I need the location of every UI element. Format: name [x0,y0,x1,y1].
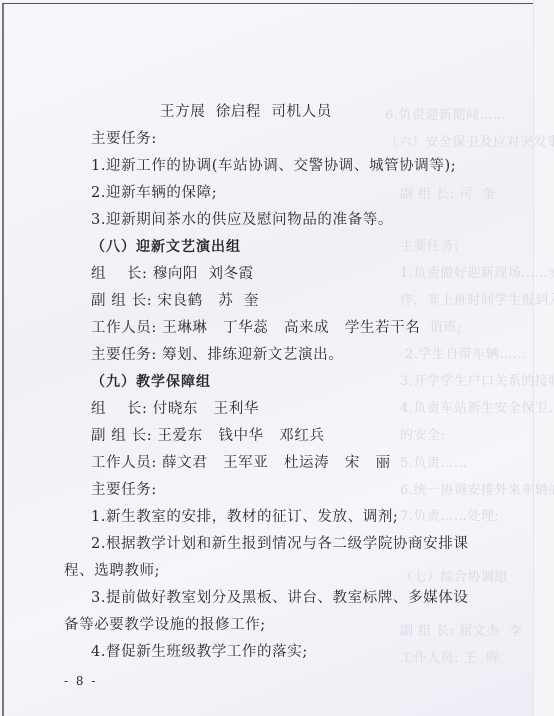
bleed-through-text: （六）安全保卫及应对突发事件组 [385,131,554,150]
main-tasks-label: 主要任务: [91,130,157,148]
task-item: 3.提前做好教室划分及黑板、讲台、教室标牌、多媒体设 [91,589,468,607]
bleed-through-text: 6.负责迎新期间…… [385,104,506,123]
section-heading-teaching-support-group: （九）教学保障组 [91,373,211,391]
scan-edge [533,0,554,716]
bleed-through-text: 6.统一协调安排外来车辆的停车指挥; [400,479,554,498]
bleed-through-text: 作，非上班时间学生报到入学……小时 [400,289,554,308]
bleed-through-text: 主要任务: [400,235,459,254]
task-item: 1.新生教室的安排，教材的征订、发放、调剂; [91,508,398,526]
bleed-through-text: 值班; [430,316,462,335]
deputy-leader-line: 副 组 长: 王爱东 钱中华 邓红兵 [91,427,325,445]
staff-names-line: 王方展 徐启程 司机人员 [160,103,332,121]
bleed-through-text: （七）综合协调组 [400,566,508,585]
main-tasks-label: 主要任务: [91,481,157,499]
group-leader-line: 组 长: 穆向阳 刘冬霞 [91,265,254,283]
staff-line: 工作人员: 王琳琳 丁华蕊 高来成 学生若干名 [91,319,420,337]
deputy-leader-line: 副 组 长: 宋良鹤 苏 奎 [91,292,259,310]
task-item-continuation: 备等必要教学设施的报修工作; [64,616,266,634]
task-item: 4.督促新生班级教学工作的落实; [91,643,308,661]
page-number: - 8 - [64,674,97,688]
bleed-through-text: 7.负责……处理; [400,505,499,524]
bleed-through-text: 3.开学学生户口关系的接收; [400,370,554,389]
group-leader-line: 组 长: 付晓东 王利华 [91,400,259,418]
task-item: 2.根据教学计划和新生报到情况与各二级学院协商安排课 [91,535,468,553]
bleed-through-text: 工作人员: 王 晖 [400,647,500,666]
bleed-through-text: 副 组 长: 屈文杰 李 [400,620,523,639]
bleed-through-text: 4.负责车站新生安全保卫……到校 [400,397,554,416]
task-item-continuation: 程、选聘教师; [64,562,160,580]
bleed-through-text: 2.学生自带车辆…… [405,343,526,362]
staff-line: 工作人员: 薛文君 王军亚 杜运涛 宋 丽 [91,454,391,472]
section-heading-performance-group: （八）迎新文艺演出组 [91,238,241,256]
bleed-through-text: 的安全; [400,424,445,443]
task-item: 3.迎新期间茶水的供应及慰问物品的准备等。 [91,211,393,229]
main-tasks-line: 主要任务: 筹划、排练迎新文艺演出。 [91,346,343,364]
task-item: 2.迎新车辆的保障; [91,184,217,202]
bleed-through-text: 副 组 长: 司 奎 [400,183,496,202]
task-item: 1.迎新工作的协调(车站协调、交警协调、城管协调等); [91,157,456,175]
bleed-through-text: 1.负责做好迎新现场……安全保卫工 [400,262,554,281]
bleed-through-text: 5.负责…… [400,452,467,471]
